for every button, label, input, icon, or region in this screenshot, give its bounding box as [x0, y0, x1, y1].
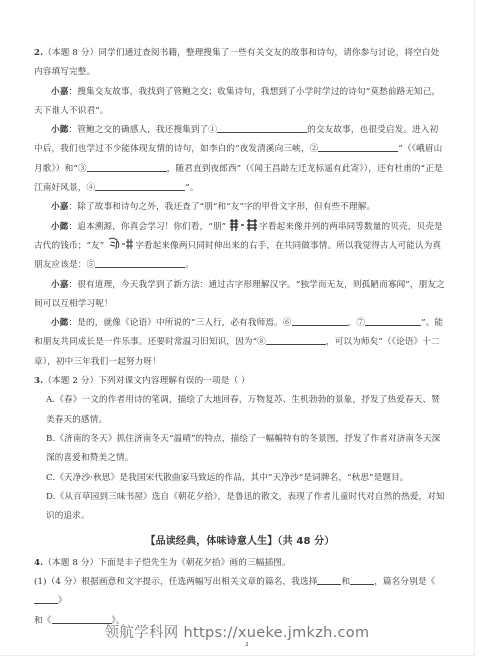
sub-question-text: ，篇名分别是《	[374, 577, 435, 587]
dialogue-text: ，⑦	[348, 318, 366, 328]
answer-blank-1[interactable]	[217, 122, 307, 133]
dialogue-line: 小嘉：搜集交友故事，我找到了管鲍之交；收集诗句，我想到了小学时学过的诗句“莫愁前…	[34, 83, 446, 122]
question-4-header: 4.（本题 8 分）下面是丰子恺先生为《朝花夕拾》画的三幅插图。	[34, 554, 446, 573]
answer-blank-6[interactable]	[292, 315, 348, 326]
speaker: 小嘉	[51, 202, 69, 212]
option-text: 《春》一文的作者用诗的笔调，描绘了大地回春，万物复苏、生机勃勃的景象，抒发了热爱…	[46, 395, 440, 424]
speaker: 小懿	[51, 222, 69, 232]
question-number: 2.	[34, 48, 43, 58]
dialogue-line: 小懿：追本溯源，你真会学习！你们看，“朋” 字看起来像并列的两串同等数量的贝壳，…	[34, 218, 446, 276]
question-text: （本题 8 分）下面是丰子恺先生为《朝花夕拾》画的三幅插图。	[43, 558, 290, 568]
dialogue-text: ：除了故事和诗句之外，我还查了“朋”和“友”字的甲骨文字形，但有些不理解。	[69, 202, 376, 212]
answer-blank-title-1[interactable]	[34, 593, 58, 604]
question-text: （本题 8 分）同学们通过查阅书籍，整理搜集了一些有关交友的故事和诗句，请你参与…	[34, 48, 439, 77]
speaker: 小懿	[51, 318, 69, 328]
dialogue-line: 小懿：管鲍之交的确感人，我还搜集到了①的交友故事，也很受启发。进入初中后，我们也…	[34, 121, 446, 198]
question-2-header: 2.（本题 8 分）同学们通过查阅书籍，整理搜集了一些有关交友的故事和诗句，请你…	[34, 44, 446, 83]
sub-question-text: (1)（4 分）根据画意和文字提示，任选两幅写出相关文章的篇名，我选择	[34, 577, 317, 587]
option-text: 《从百草园到三味书屋》选自《朝花夕拾》，是鲁迅的散文，表现了作者儿童时代对自然的…	[46, 492, 445, 521]
dialogue-line: 小懿：是的，就像《论语》中所说的“三人行，必有我师焉。⑥，⑦”。能和朋友共同成长…	[34, 314, 446, 372]
answer-blank-choice-1[interactable]	[317, 574, 341, 585]
sub-question-text: 》	[58, 596, 67, 606]
option-c[interactable]: C.《天净沙·秋思》是我国宋代散曲家马致远的作品，其中“天净沙”是词牌名，“秋思…	[34, 469, 446, 488]
option-label: A.	[46, 395, 55, 405]
speaker: 小嘉	[51, 87, 69, 97]
question-text: （本题 2 分）下列对课文内容理解有误的一项是（ ）	[43, 376, 250, 386]
option-label: C.	[46, 473, 55, 483]
answer-blank-4[interactable]	[95, 180, 185, 191]
option-label: D.	[46, 492, 56, 502]
oracle-bone-you-icon	[107, 237, 135, 251]
option-text: 《天净沙·秋思》是我国宋代散曲家马致远的作品，其中“天净沙”是词牌名，“秋思”是…	[55, 473, 408, 483]
sub-question-text: 和	[341, 577, 350, 587]
speaker: 小懿	[51, 125, 69, 135]
dialogue-text: ：追本溯源，你真会学习！你们看，“朋”	[69, 222, 227, 232]
dialogue-text: ：搜集交友故事，我找到了管鲍之交；收集诗句，我想到了小学时学过的诗句“莫愁前路无…	[34, 87, 440, 116]
option-text: 《济南的冬天》抓住济南冬天“温晴”的特点，描绘了一幅幅特有的冬景图，抒发了作者对…	[46, 434, 440, 463]
oracle-bone-peng-icon	[229, 218, 259, 232]
dialogue-line: 小嘉：很有道理，今天我学到了新方法：通过古字形理解汉字。“独学而无友，则孤陋而寡…	[34, 276, 446, 315]
section-title: 【品读经典，体味诗意人生】（共 48 分）	[34, 532, 446, 551]
speaker: 小嘉	[51, 280, 69, 290]
question-3-header: 3.（本题 2 分）下列对课文内容理解有误的一项是（ ）	[34, 372, 446, 391]
answer-blank-2[interactable]	[318, 141, 398, 152]
dialogue-text: ”。	[185, 183, 198, 193]
watermark: 领航学科网 https://xueke.jmkzh.com	[0, 621, 474, 642]
answer-blank-8[interactable]	[266, 334, 326, 345]
option-label: B.	[46, 434, 55, 444]
page-number: 2	[0, 642, 480, 648]
option-b[interactable]: B.《济南的冬天》抓住济南冬天“温晴”的特点，描绘了一幅幅特有的冬景图，抒发了作…	[34, 430, 446, 469]
answer-blank-3[interactable]	[87, 161, 167, 172]
option-d[interactable]: D.《从百草园到三味书屋》选自《朝花夕拾》，是鲁迅的散文，表现了作者儿童时代对自…	[34, 488, 446, 527]
page-content: 2.（本题 8 分）同学们通过查阅书籍，整理搜集了一些有关交友的故事和诗句，请你…	[34, 44, 446, 631]
question-number: 3.	[34, 376, 43, 386]
answer-blank-choice-2[interactable]	[350, 574, 374, 585]
dialogue-text: 。	[185, 260, 194, 270]
dialogue-text: ：很有道理，今天我学到了新方法：通过古字形理解汉字。“独学而无友，则孤陋而寡闻”…	[34, 280, 445, 309]
option-a[interactable]: A.《春》一文的作者用诗的笔调，描绘了大地回春，万物复苏、生机勃勃的景象，抒发了…	[34, 391, 446, 430]
dialogue-text: ：是的，就像《论语》中所说的“三人行，必有我师焉。⑥	[69, 318, 292, 328]
answer-blank-7[interactable]	[365, 315, 421, 326]
dialogue-line: 小嘉：除了故事和诗句之外，我还查了“朋”和“友”字的甲骨文字形，但有些不理解。	[34, 198, 446, 217]
document-page: 2.（本题 8 分）同学们通过查阅书籍，整理搜集了一些有关交友的故事和诗句，请你…	[0, 0, 475, 656]
dialogue-text: ：管鲍之交的确感人，我还搜集到了①	[69, 125, 218, 135]
answer-blank-5[interactable]	[95, 257, 185, 268]
question-number: 4.	[34, 558, 43, 568]
